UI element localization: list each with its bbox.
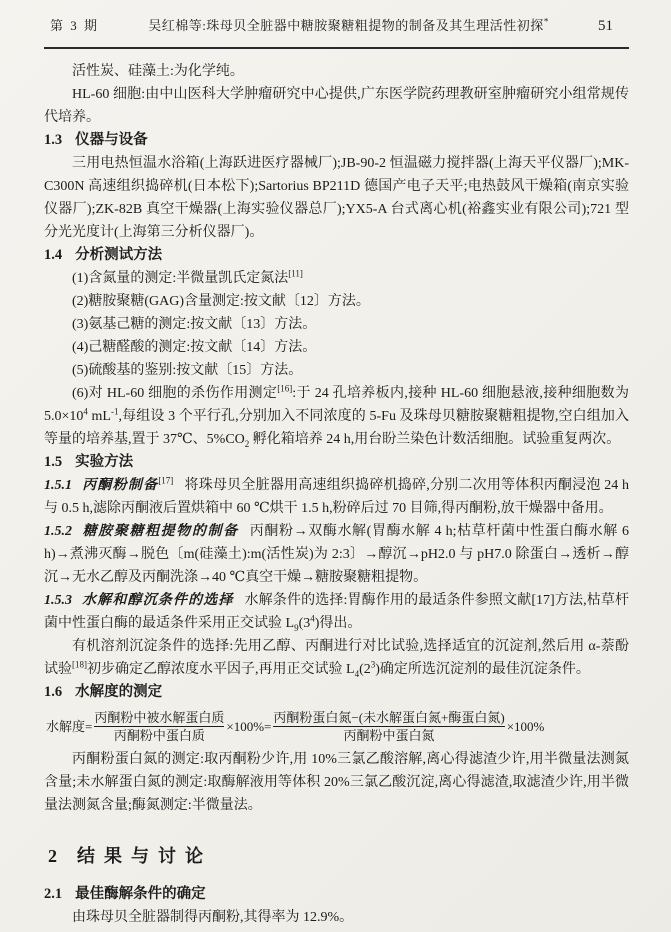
heading-1-3-instruments: 1.3仪器与设备 [44,129,629,152]
reference-mark: [17] [158,475,173,485]
subsection-title: 糖胺聚糖粗提物的制备 [82,524,239,539]
heading-title: 水解度的测定 [75,684,162,700]
section-1-5-1-acetone-powder: 1.5.1丙酮粉制备[17]将珠母贝全脏器用高速组织捣碎机捣碎,分别二次用等体积… [44,474,629,520]
equals-sign: = [264,718,271,735]
heading-title: 仪器与设备 [75,132,148,148]
paper-page: 第 3 期 吴红棉等:珠母贝全脏器中糖胺聚糖粗提物的制备及其生理活性初探* 51… [0,0,671,932]
subsection-body: )得出。 [315,616,362,631]
paragraph-text: )确定所选沉淀剂的最佳沉淀条件。 [375,662,590,677]
heading-number: 2 [48,846,57,866]
reference-mark: [16] [277,383,292,393]
subsection-title: 水解和醇沉条件的选择 [82,593,234,608]
title-footnote-mark: * [544,17,549,27]
section-1-5-3-hydrolysis-conditions: 1.5.3水解和醇沉条件的选择水解条件的选择:胃酶作用的最适条件参照文献[17]… [44,589,629,635]
paragraph-solvent-precipitation: 有机溶剂沉淀条件的选择:先用乙醇、丙酮进行对比试验,选择适宜的沉淀剂,然后用 α… [44,635,629,681]
heading-title: 分析测试方法 [75,247,162,263]
paragraph-instruments: 三用电热恒温水浴箱(上海跃进医疗器械厂);JB-90-2 恒温磁力搅拌器(上海天… [44,152,629,244]
paragraph-hl60-cells: HL-60 细胞:由中山医科大学肿瘤研究中心提供,广东医学院药理教研室肿瘤研究小… [44,83,629,129]
list-item-2-gag: (2)糖胺聚糖(GAG)含量测定:按文献〔12〕方法。 [44,290,629,313]
heading-1-4-analysis-methods: 1.4分析测试方法 [44,244,629,267]
fraction-2: 丙酮粉蛋白氮−(未水解蛋白氮+酶蛋白氮)丙酮粉中蛋白氮 [273,709,504,744]
list-item-text: (1)含氮量的测定:半微量凯氏定氮法 [72,271,288,286]
issue-label: 第 3 期 [50,14,99,37]
hydrolysis-degree-formula: 水解度=丙酮粉中被水解蛋白质丙酮粉中蛋白质×100%=丙酮粉蛋白氮−(未水解蛋白… [46,709,629,744]
heading-title: 实验方法 [75,454,133,470]
fraction-1: 丙酮粉中被水解蛋白质丙酮粉中蛋白质 [94,709,224,744]
running-title: 吴红棉等:珠母贝全脏器中糖胺聚糖粗提物的制备及其生理活性初探* [99,14,598,37]
subsection-number: 1.5.3 [44,593,72,608]
heading-title: 最佳酶解条件的确定 [75,886,206,902]
subsection-number: 1.5.1 [44,478,72,493]
fraction-denominator: 丙酮粉中蛋白质 [94,726,224,744]
heading-2-results-discussion: 2结果与讨论 [48,844,629,868]
section-1-5-2-gag-extraction: 1.5.2糖胺聚糖粗提物的制备丙酮粉→双酶水解(胃酶水解 4 h;枯草杆菌中性蛋… [44,520,629,589]
list-item-text: (6)对 HL-60 细胞的杀伤作用测定 [72,386,277,401]
equals-sign: = [85,718,92,735]
fraction-numerator: 丙酮粉中被水解蛋白质 [94,709,224,726]
heading-number: 1.5 [44,454,62,470]
subsection-body: (3 [299,616,311,631]
list-item-4-uronic-acid: (4)己糖醛酸的测定:按文献〔14〕方法。 [44,336,629,359]
fraction-denominator: 丙酮粉中蛋白氮 [273,726,504,744]
times-percent: ×100% [226,718,264,735]
reference-mark: [18] [72,659,87,669]
formula-lhs: 水解度 [46,718,85,735]
list-item-text: mL [88,409,111,424]
heading-number: 1.4 [44,247,62,263]
paragraph-text: 初步确定乙醇浓度水平因子,再用正交试验 L [87,662,355,677]
page-header: 第 3 期 吴红棉等:珠母贝全脏器中糖胺聚糖粗提物的制备及其生理活性初探* 51 [44,14,629,49]
subsection-title: 丙酮粉制备 [82,478,158,493]
heading-number: 1.3 [44,132,62,148]
list-item-3-hexosamine: (3)氨基己糖的测定:按文献〔13〕方法。 [44,313,629,336]
paragraph-nitrogen-determination: 丙酮粉蛋白氮的测定:取丙酮粉少许,用 10%三氯乙酸溶解,离心得滤渣少许,用半微… [44,748,629,817]
heading-title: 结果与讨论 [77,846,212,866]
list-item-6-hl60-assay: (6)对 HL-60 细胞的杀伤作用测定[16]:于 24 孔培养板内,接种 H… [44,382,629,451]
heading-2-1-optimal-enzymolysis: 2.1最佳酶解条件的确定 [44,883,629,906]
subsection-number: 1.5.2 [44,524,72,539]
list-item-1-nitrogen: (1)含氮量的测定:半微量凯氏定氮法[11] [44,267,629,290]
heading-1-5-experimental-methods: 1.5实验方法 [44,451,629,474]
paragraph-text: (2 [359,662,371,677]
list-item-text: 孵化箱培养 24 h,用台盼兰染色计数活细胞。试验重复两次。 [249,432,620,447]
reference-mark: [11] [288,268,303,278]
running-title-text: 吴红棉等:珠母贝全脏器中糖胺聚糖粗提物的制备及其生理活性初探 [148,18,544,33]
heading-number: 1.6 [44,684,62,700]
times-percent: ×100% [507,718,545,735]
heading-number: 2.1 [44,886,62,902]
page-number: 51 [598,15,613,38]
fraction-numerator: 丙酮粉蛋白氮−(未水解蛋白氮+酶蛋白氮) [273,709,504,726]
paragraph-chemicals: 活性炭、硅藻土:为化学纯。 [44,60,629,83]
heading-1-6-hydrolysis-degree: 1.6水解度的测定 [44,681,629,704]
paragraph-yield: 由珠母贝全脏器制得丙酮粉,其得率为 12.9%。 [44,906,629,929]
list-item-5-sulfate: (5)硫酸基的鉴别:按文献〔15〕方法。 [44,359,629,382]
